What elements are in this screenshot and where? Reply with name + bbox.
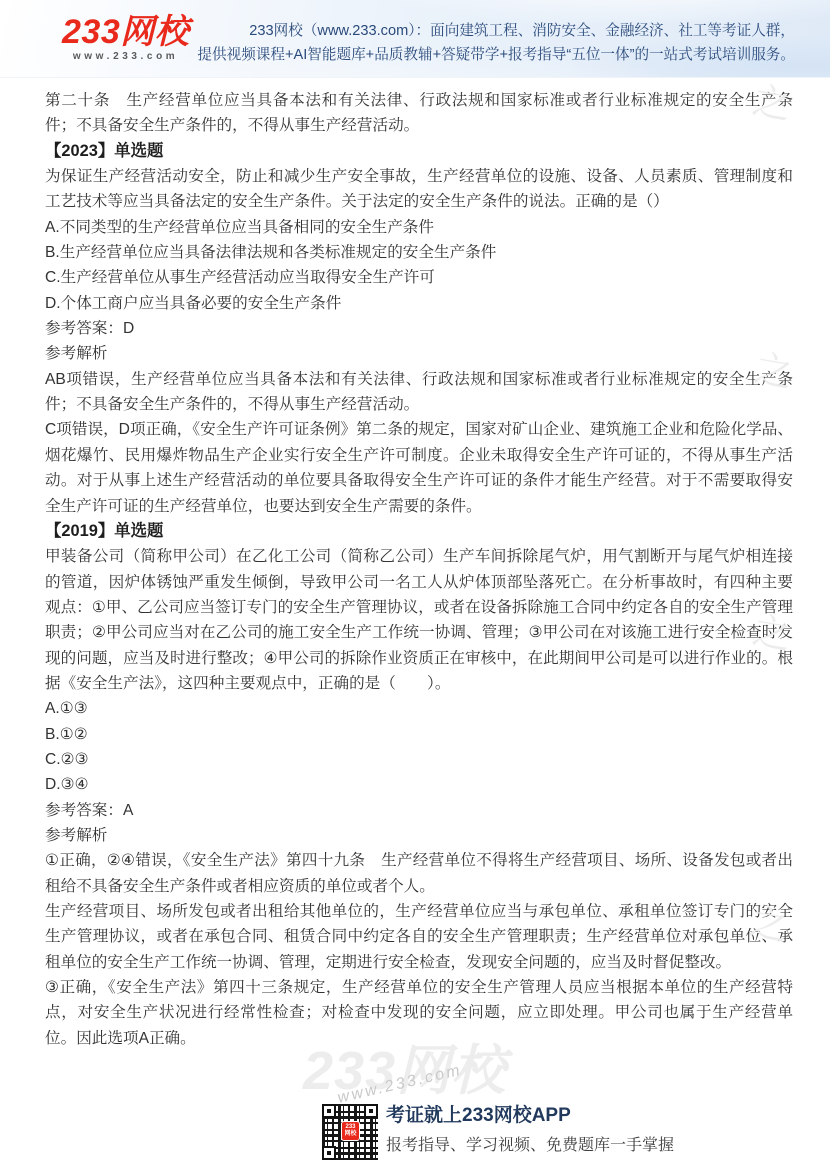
question-2023-stem: 为保证生产经营活动安全，防止和减少生产安全事故，生产经营单位的设施、设备、人员素… xyxy=(45,164,793,215)
footer-watermark-text: 233网校 xyxy=(303,1044,506,1098)
brand-logo-url: www.233.com xyxy=(62,51,189,62)
question-2023-option-a: A.不同类型的生产经营单位应当具备相同的安全生产条件 xyxy=(45,215,793,240)
footer-watermark-url: www.233.com xyxy=(336,1062,464,1108)
question-2023-analysis-2: C项错误，D项正确，《安全生产许可证条例》第二条的规定，国家对矿山企业、建筑施工… xyxy=(45,417,793,518)
question-2019-option-a: A.①③ xyxy=(45,696,793,721)
qr-finder-icon xyxy=(322,1104,336,1118)
document-body: 第二十条 生产经营单位应当具备本法和有关法律、行政法规和国家标准或者行业标准规定… xyxy=(45,88,793,1051)
question-2023-answer: 参考答案：D xyxy=(45,316,793,341)
question-2019-header: 【2019】单选题 xyxy=(45,519,793,544)
question-2019-analysis-label: 参考解析 xyxy=(45,823,793,848)
document-page: 233网校 www.233.com 233网校（www.233.com）：面向建… xyxy=(0,0,830,1174)
brand-logo: 233网校 www.233.com xyxy=(62,15,189,62)
qr-center-logo: 233 网校 xyxy=(341,1121,360,1141)
footer-promo-subtitle: 报考指导、学习视频、免费题库一手掌握 xyxy=(386,1136,674,1156)
qr-center-logo-line1: 233 xyxy=(345,1124,355,1131)
qr-finder-icon xyxy=(364,1104,378,1118)
footer-promo: 考证就上233网校APP 报考指导、学习视频、免费题库一手掌握 xyxy=(386,1104,674,1156)
qr-center-logo-line2: 网校 xyxy=(344,1131,356,1138)
question-2019-analysis-3: ③正确，《安全生产法》第四十三条规定，生产经营单位的安全生产管理人员应当根据本单… xyxy=(45,975,793,1051)
question-2019-analysis-2: 生产经营项目、场所发包或者出租给其他单位的，生产经营单位应当与承包单位、承租单位… xyxy=(45,899,793,975)
question-2023-option-d: D.个体工商户应当具备必要的安全生产条件 xyxy=(45,291,793,316)
question-2019-option-b: B.①② xyxy=(45,722,793,747)
footer-promo-title: 考证就上233网校APP xyxy=(386,1104,674,1128)
question-2023-option-c: C.生产经营单位从事生产经营活动应当取得安全生产许可 xyxy=(45,265,793,290)
header-tagline-line2: 提供视频课程+AI智能题库+品质教辅+答疑带学+报考指导“五位一体”的一站式考试… xyxy=(197,43,795,67)
qr-code: 233 网校 xyxy=(322,1104,378,1160)
statute-paragraph: 第二十条 生产经营单位应当具备本法和有关法律、行政法规和国家标准或者行业标准规定… xyxy=(45,88,793,139)
question-2019-answer: 参考答案：A xyxy=(45,798,793,823)
question-2019-analysis-1: ①正确，②④错误，《安全生产法》第四十九条 生产经营单位不得将生产经营项目、场所… xyxy=(45,848,793,899)
brand-logo-text: 233网校 xyxy=(62,15,189,49)
qr-finder-icon xyxy=(322,1146,336,1160)
question-2019-option-d: D.③④ xyxy=(45,772,793,797)
header-tagline-line1: 233网校（www.233.com）：面向建筑工程、消防安全、金融经济、社工等考… xyxy=(197,19,795,43)
question-2023-analysis-1: AB项错误，生产经营单位应当具备本法和有关法律、行政法规和国家标准或者行业标准规… xyxy=(45,367,793,418)
question-2023-analysis-label: 参考解析 xyxy=(45,341,793,366)
question-2019-stem: 甲装备公司（简称甲公司）在乙化工公司（简称乙公司）生产车间拆除尾气炉，用气割断开… xyxy=(45,544,793,696)
question-2019-option-c: C.②③ xyxy=(45,747,793,772)
question-2023-option-b: B.生产经营单位应当具备法律法规和各类标准规定的安全生产条件 xyxy=(45,240,793,265)
page-header: 233网校 www.233.com 233网校（www.233.com）：面向建… xyxy=(0,0,830,78)
question-2023-header: 【2023】单选题 xyxy=(45,139,793,164)
header-tagline: 233网校（www.233.com）：面向建筑工程、消防安全、金融经济、社工等考… xyxy=(197,19,795,67)
